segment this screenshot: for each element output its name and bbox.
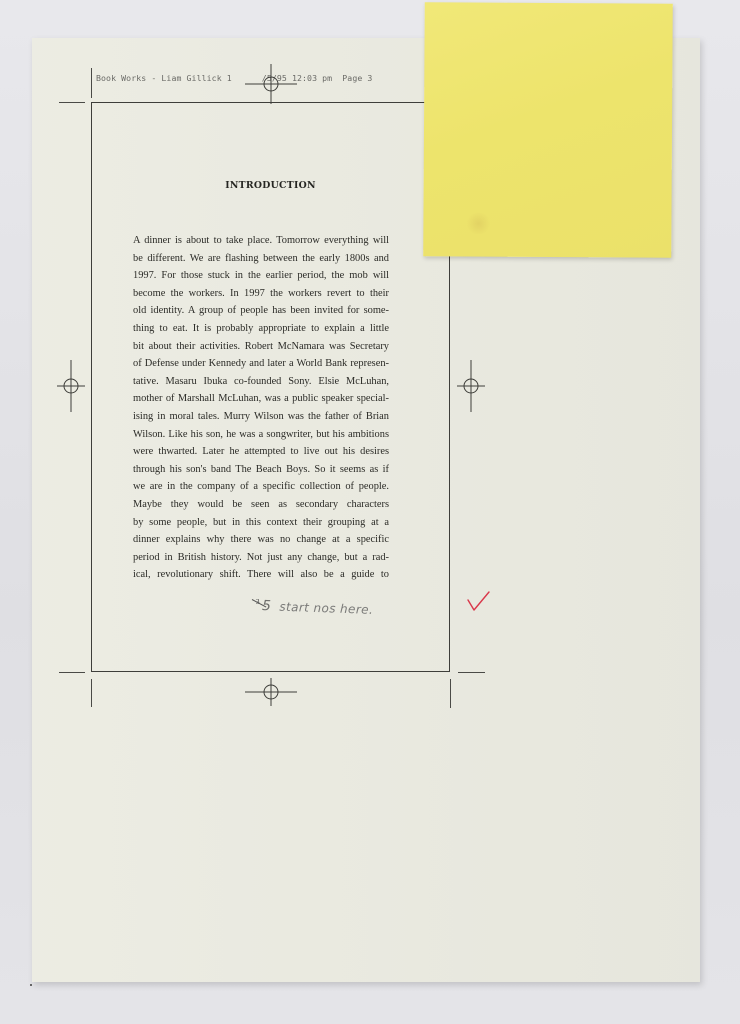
print-header: Book Works - Liam Gillick 1/5/95 12:03 p… [96,73,372,83]
text-line: dinner explains why there was no change … [133,531,389,549]
registration-mark-top-icon [245,58,297,110]
crop-mark-bottom-left-horizontal [59,672,85,673]
text-line: mother of Marshall McLuhan, was a public… [133,390,389,408]
text-line: bit about their activities. Robert McNam… [133,338,389,356]
crop-mark-top-left-vertical [91,68,92,98]
crop-mark-bottom-right-vertical [450,679,451,708]
dust-speck [30,984,32,986]
text-line: ical, revolutionary shift. There will al… [133,566,389,584]
text-line: Maybe they would be seen as secondary ch… [133,496,389,514]
registration-mark-right-icon [445,360,497,412]
text-line: thing to eat. It is probably appropriate… [133,320,389,338]
text-line: were thwarted. Later he attempted to liv… [133,443,389,461]
page-title: INTRODUCTION [91,180,450,191]
sticky-note[interactable] [423,2,673,258]
text-line: of Defense under Kennedy and later a Wor… [133,355,389,373]
text-line: 1997. For those stuck in the earlier per… [133,267,389,285]
text-line: period in British history. Not just any … [133,549,389,567]
text-line: ising in moral tales. Murry Wilson was t… [133,408,389,426]
registration-mark-left-icon [45,360,97,412]
registration-mark-bottom-icon [245,666,297,718]
text-line: Wilson. Like his son, he was a songwrite… [133,426,389,444]
crop-mark-bottom-left-vertical [91,679,92,707]
text-line: become the workers. In 1997 the workers … [133,285,389,303]
print-header-left: Book Works - Liam Gillick 1 [96,73,232,83]
text-line: we are in the company of a specific coll… [133,478,389,496]
text-line: tative. Masaru Ibuka co-founded Sony. El… [133,373,389,391]
text-line: through his son's band The Beach Boys. S… [133,461,389,479]
text-line: by some people, but in this context thei… [133,514,389,532]
text-line: A dinner is about to take place. Tomorro… [133,232,389,250]
red-checkmark-icon [462,588,492,614]
handwritten-note: start nos here. [279,600,373,617]
crop-mark-top-left-horizontal [59,102,85,103]
sticky-note-stain [465,212,491,234]
crop-mark-bottom-right-horizontal [458,672,485,673]
body-paragraph: A dinner is about to take place. Tomorro… [133,232,389,584]
handwritten-page-number: 5 [262,598,272,614]
text-line: old identity. A group of people has been… [133,302,389,320]
text-line: be different. We are flashing between th… [133,250,389,268]
